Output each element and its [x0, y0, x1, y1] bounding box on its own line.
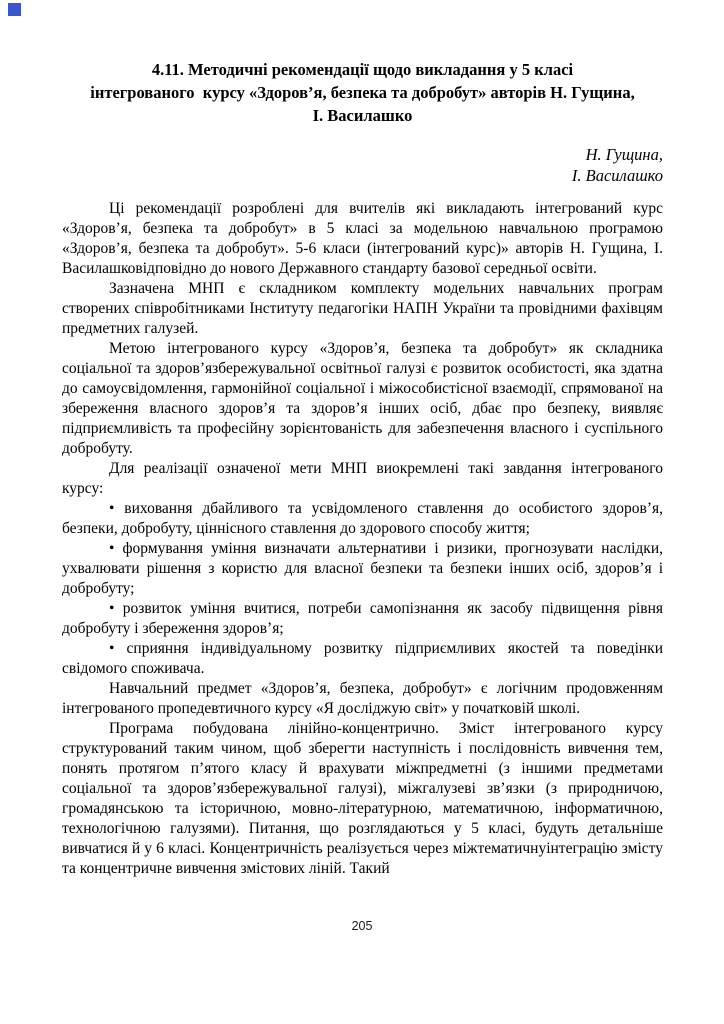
bullet-item-3: • розвиток уміння вчитися, потреби самоп… — [62, 599, 663, 639]
bullet-item-1: • виховання дбайливого та усвідомленого … — [62, 499, 663, 539]
paragraph-tasks-lead: Для реалізації означеної мети МНП виокре… — [62, 459, 663, 499]
author-name-1: Н. Гущина, — [62, 144, 663, 165]
body-text: Ці рекомендації розроблені для вчителів … — [62, 199, 663, 879]
author-name-2: І. Василашко — [62, 165, 663, 186]
paragraph-program: Програма побудована лінійно-концентрично… — [62, 719, 663, 879]
page-number: 205 — [0, 919, 724, 933]
heading-line-3: І. Василашко — [62, 104, 663, 127]
blue-square-icon — [8, 3, 21, 16]
authors-block: Н. Гущина, І. Василашко — [62, 144, 663, 186]
bullet-item-2: • формування уміння визначати альтернати… — [62, 539, 663, 599]
bullet-item-4: • сприяння індивідуальному розвитку підп… — [62, 639, 663, 679]
document-page: { "page": { "background": "#ffffff", "co… — [0, 0, 724, 1024]
paragraph-mnp: Зазначена МНП є складником комплекту мод… — [62, 279, 663, 339]
document-content: 4.11. Методичні рекомендації щодо виклад… — [62, 58, 663, 879]
section-heading: 4.11. Методичні рекомендації щодо виклад… — [62, 58, 663, 127]
heading-line-1: 4.11. Методичні рекомендації щодо виклад… — [62, 58, 663, 81]
heading-line-2: інтегрованого курсу «Здоров’я, безпека т… — [62, 81, 663, 104]
paragraph-intro: Ці рекомендації розроблені для вчителів … — [62, 199, 663, 279]
paragraph-subject: Навчальний предмет «Здоров’я, безпека, д… — [62, 679, 663, 719]
paragraph-goal: Метою інтегрованого курсу «Здоров’я, без… — [62, 339, 663, 459]
